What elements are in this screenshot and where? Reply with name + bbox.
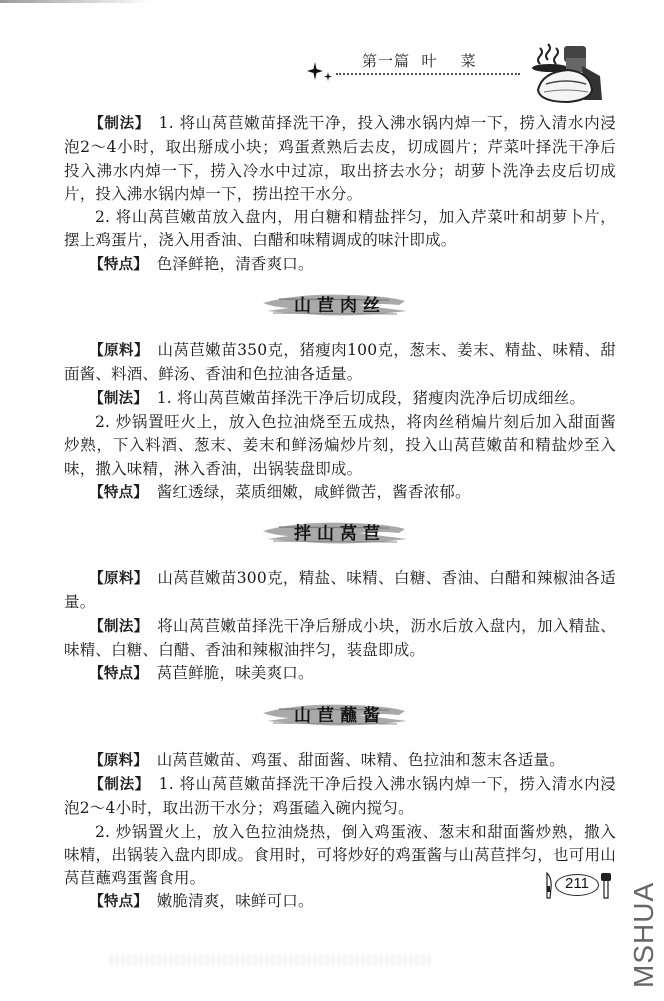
recipe-title: 拌山莴苣 xyxy=(64,523,616,546)
method-label: 【制法】 xyxy=(89,116,150,132)
features-label: 【特点】 xyxy=(89,666,148,682)
recipe-features: 【特点】酱红透绿，菜质细嫩，咸鲜微苦，酱香浓郁。 xyxy=(64,481,616,505)
watermark: MSHUA xyxy=(628,882,660,988)
recipe-method-step-1: 【制法】1. 将山莴苣嫩苗择洗干净后投入沸水锅内焯一下，捞入清水内浸泡2～4小时… xyxy=(64,773,616,821)
recipe-title-banner: 山苣肉丝 xyxy=(64,285,616,333)
recipe-method: 【制法】将山莴苣嫩苗择洗干净后掰成小块，沥水后放入盘内，加入精盐、味精、白糖、白… xyxy=(64,615,616,663)
recipe-title: 山苣蘸酱 xyxy=(64,705,616,728)
fork-icon xyxy=(600,872,612,900)
page-number-badge: 211 xyxy=(544,870,614,900)
chapter-title: 第一篇 叶 菜 xyxy=(362,50,477,71)
features-label: 【特点】 xyxy=(89,894,148,910)
recipe-method-step-1: 【制法】1. 将山莴苣嫩苗择洗干净后切成段，猪瘦肉洗净后切成细丝。 xyxy=(64,387,616,411)
intro-method-step-2: 2. 将山莴苣嫩苗放入盘内，用白糖和精盐拌匀，加入芹菜叶和胡萝卜片，摆上鸡蛋片，… xyxy=(64,206,616,253)
method-label: 【制法】 xyxy=(89,777,150,793)
page-number: 211 xyxy=(555,875,599,892)
knife-icon xyxy=(544,872,554,900)
sparkle-stars-icon xyxy=(306,60,336,84)
recipe-features: 【特点】莴苣鲜脆，味美爽口。 xyxy=(64,662,616,686)
recipe-ingredients: 【原料】山莴苣嫩苗350克，猪瘦肉100克，葱末、姜末、精盐、味精、甜面酱、料酒… xyxy=(64,339,616,387)
intro-features: 【特点】色泽鲜艳，清香爽口。 xyxy=(64,253,616,277)
features-label: 【特点】 xyxy=(89,485,148,501)
recipe-method-step-2: 2. 炒锅置旺火上，放入色拉油烧至五成热，将肉丝稍煸片刻后加入甜面酱炒熟，下入料… xyxy=(64,411,616,481)
ingredients-label: 【原料】 xyxy=(89,753,148,769)
recipe-ingredients: 【原料】山莴苣嫩苗、鸡蛋、甜面酱、味精、色拉油和葱末各适量。 xyxy=(64,749,616,773)
page-body: 【制法】1. 将山莴苣嫩苗择洗干净，投入沸水锅内焯一下，捞入清水内浸泡2～4小时… xyxy=(64,112,616,915)
ingredients-label: 【原料】 xyxy=(89,343,149,359)
recipe-ingredients: 【原料】山莴苣嫩苗300克，精盐、味精、白糖、香油、白醋和辣椒油各适量。 xyxy=(64,567,616,615)
scan-edge-shade xyxy=(0,0,150,3)
recipe-method-step-2: 2. 炒锅置火上，放入色拉油烧热，倒入鸡蛋液、葱末和甜面酱炒熟，撒入味精，出锅装… xyxy=(64,821,616,891)
method-label: 【制法】 xyxy=(89,619,148,635)
scan-bleed-through xyxy=(110,955,430,965)
features-label: 【特点】 xyxy=(89,257,148,273)
intro-method-step-1: 【制法】1. 将山莴苣嫩苗择洗干净，投入沸水锅内焯一下，捞入清水内浸泡2～4小时… xyxy=(64,112,616,206)
method-label: 【制法】 xyxy=(89,391,148,407)
chef-with-dish-icon xyxy=(528,40,608,106)
header-dotted-rule xyxy=(336,73,520,75)
recipe-title: 山苣肉丝 xyxy=(64,295,616,318)
running-header: 第一篇 叶 菜 xyxy=(300,40,620,110)
ingredients-label: 【原料】 xyxy=(89,571,148,587)
recipe-features: 【特点】嫩脆清爽，味鲜可口。 xyxy=(64,890,616,914)
recipe-title-banner: 山苣蘸酱 xyxy=(64,695,616,743)
recipe-title-banner: 拌山莴苣 xyxy=(64,513,616,561)
